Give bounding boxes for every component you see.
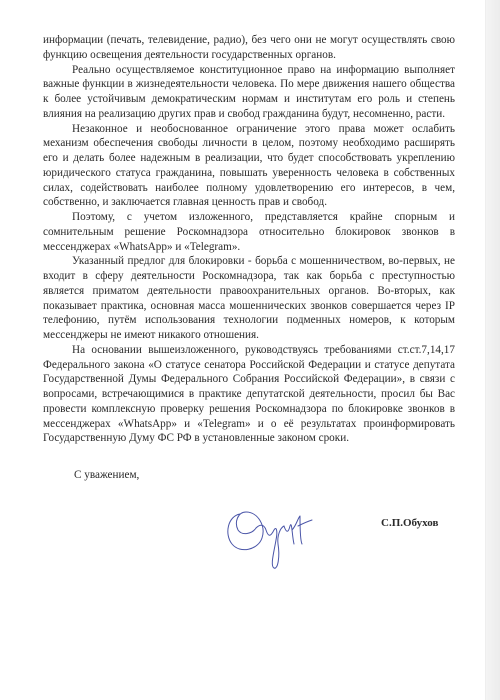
letter-body: информации (печать, телевидение, радио),…: [43, 33, 455, 446]
handwritten-signature-icon: [222, 500, 318, 572]
document-page: информации (печать, телевидение, радио),…: [0, 0, 486, 700]
signer-name: С.П.Обухов: [381, 517, 438, 529]
paragraph-4: Поэтому, с учетом изложенного, представл…: [43, 210, 455, 254]
paragraph-3: Незаконное и необоснованное ограничение …: [43, 122, 455, 211]
paragraph-1: информации (печать, телевидение, радио),…: [43, 33, 455, 63]
paragraph-6: На основании вышеизложенного, руководств…: [43, 343, 455, 446]
paragraph-5: Указанный предлог для блокировки - борьб…: [43, 254, 455, 343]
closing-salutation: С уважением,: [74, 469, 139, 481]
paragraph-2: Реально осуществляемое конституционное п…: [43, 63, 455, 122]
page-edge: [485, 0, 500, 700]
